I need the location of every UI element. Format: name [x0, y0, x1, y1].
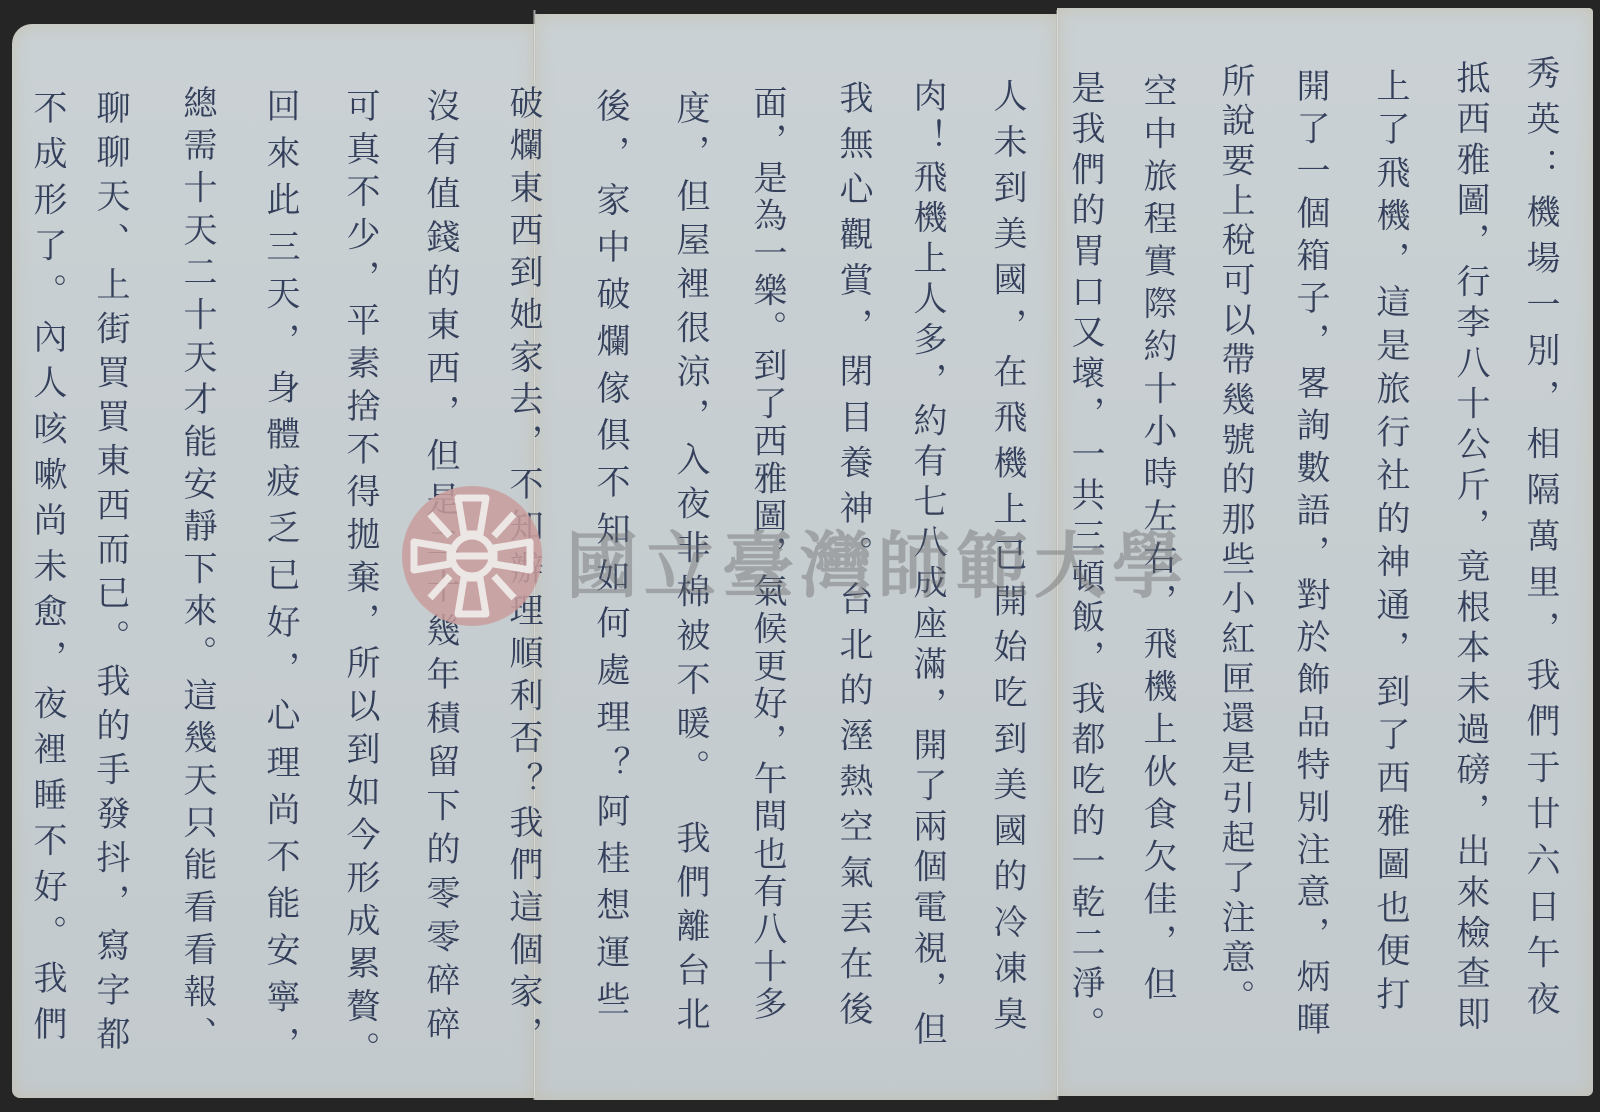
watermark-text: 國立臺灣師範大學	[566, 508, 1190, 612]
handwritten-column: 總需十天二十天才能安靜下來。這幾天只能看看報、	[174, 85, 220, 1050]
handwritten-column: 秀英：機場一別，相隔萬里，我們于廿六日午夜	[1517, 55, 1563, 1015]
handwritten-column: 回來此三天，身體疲乏已好，心理尚不能安寧，	[257, 88, 303, 1060]
handwritten-column: 不成形了。內人咳嗽尚未愈，夜裡睡不好。我們	[24, 90, 70, 1040]
handwritten-column: 抵西雅圖，行李八十公斤，竟根本未過磅，出來檢查即	[1447, 60, 1493, 1030]
handwritten-column: 所說要上稅可以帶幾號的那些小紅匣還是引起了注意。	[1212, 63, 1258, 1013]
university-seal-icon	[400, 484, 544, 628]
handwritten-column: 可真不少，平素捨不得拋棄，所以到如今形成累贅。	[337, 88, 383, 1065]
handwritten-column: 上了飛機，這是旅行社的神通，到了西雅圖也便打	[1367, 68, 1413, 1010]
handwritten-column: 開了一個箱子，畧詢數語，對於飾品特別注意，炳暉	[1287, 68, 1333, 1035]
handwritten-column: 聊聊天、上街買買東西而已。我的手發抖，寫字都	[87, 90, 133, 1050]
